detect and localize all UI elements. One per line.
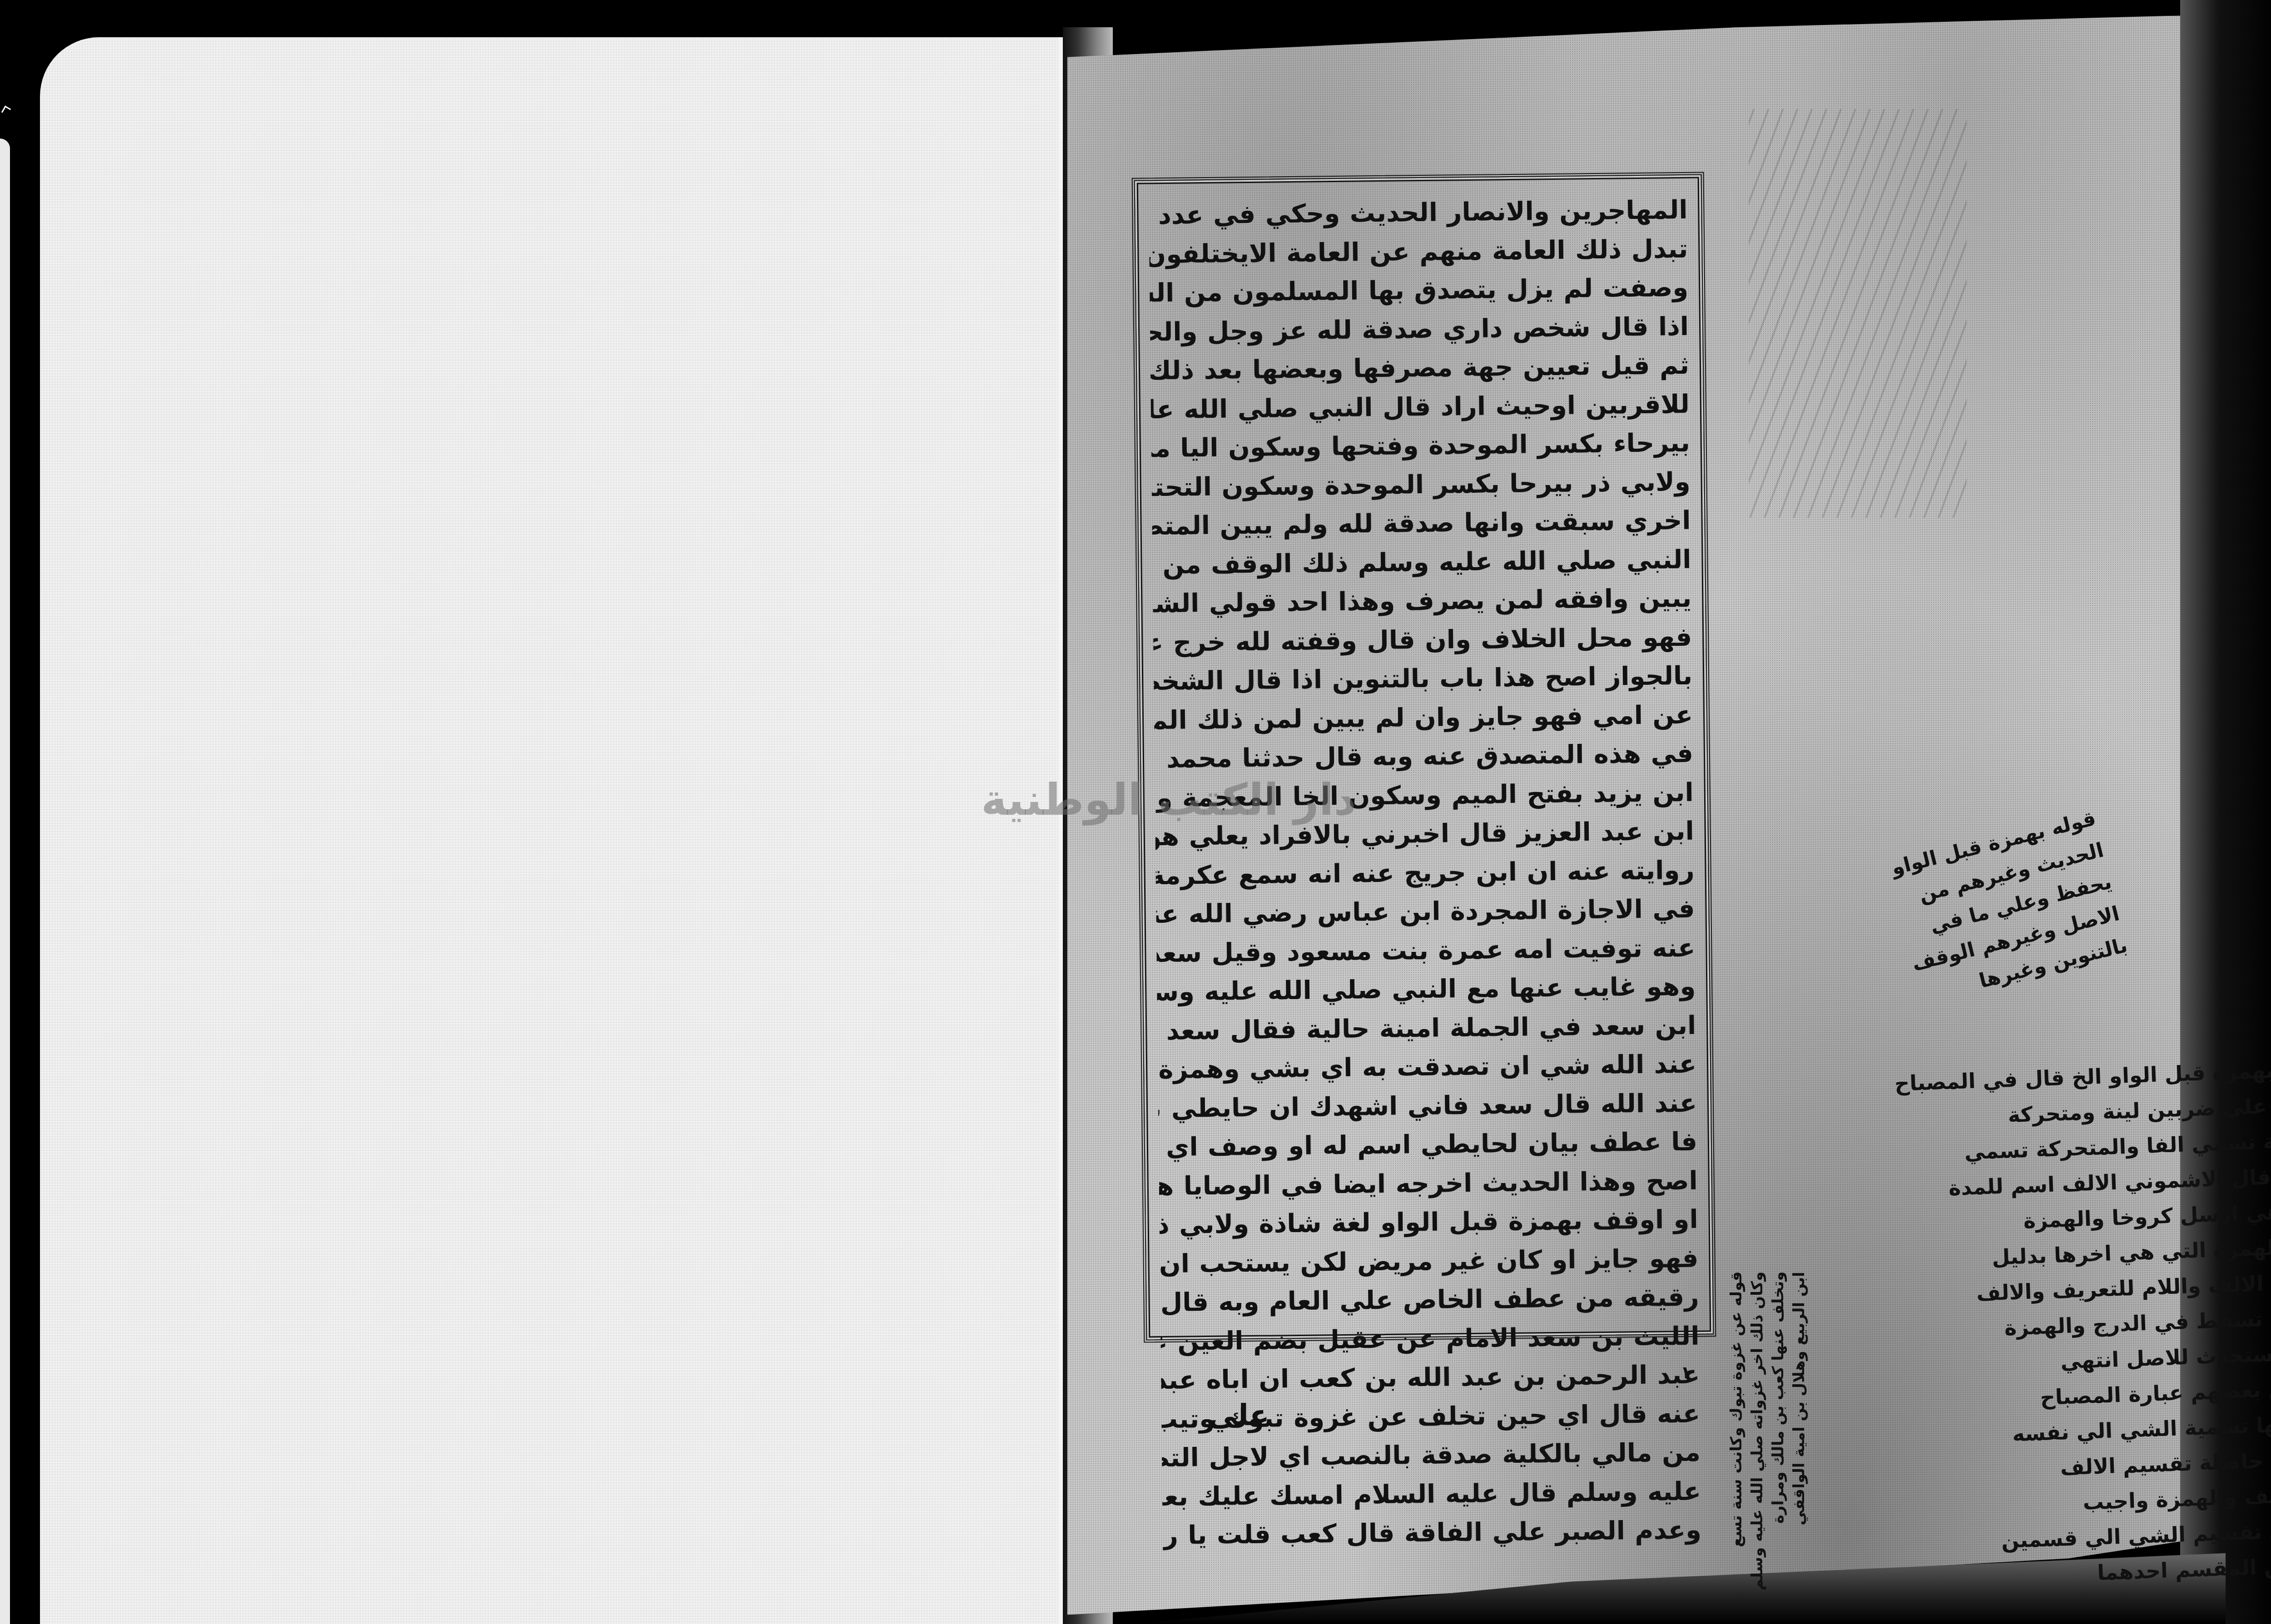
text-line: وتخلف عنها كعب بن مالك ومرارة [1768,1272,1789,1526]
text-line: عليه وسلم قال عليه السلام امسك عليك بعض … [1162,1472,1701,1516]
text-line: وعدم الصبر علي الفاقة قال كعب قلت يا رسو… [1162,1511,1701,1555]
text-line: وهو غايب عنها مع النبي صلي الله عليه وسل… [1157,967,1696,1012]
text-line: وكان ذلك اخر غزواته صلي الله عليه وسلم [1747,1272,1768,1526]
text-line: اخري سبقت وانها صدقة لله ولم يبين المتصد… [1152,501,1691,546]
text-line: اصح وهذا الحديث اخرجه ايضا في الوصايا هذ… [1159,1161,1698,1206]
scan-artifact [1,105,11,115]
main-text-frame: المهاجرين والانصار الحديث وحكي في عدد كث… [1132,172,1716,1342]
text-line: للاقربين اوحيث اراد قال النبي صلي الله ع… [1151,385,1690,429]
right-margin-note: قوله بهمزة قبل الواو الخ قال في المصباحا… [1894,1051,2271,1597]
text-line: ولابي ذر بيرحا بكسر الموحدة وسكون التحتي… [1151,462,1691,507]
text-line: يبين وافقه لمن يصرف وهذا احد قولي الشافع… [1153,579,1692,624]
left-page-edge [1058,37,1063,1624]
text-line: الليث بن سعد الامام عن عقيل بضم العين عن… [1160,1317,1700,1361]
text-line: فهو جايز او كان غير مريض لكن يستحب ان يب… [1160,1239,1699,1283]
text-line: فا عطف بيان لحايطي اسم له او وصف اي بالث… [1159,1123,1698,1167]
manuscript-spread: المهاجرين والانصار الحديث وحكي في عدد كث… [0,0,2271,1624]
text-line: ثم قيل تعيين جهة مصرفها وبعضها بعد ذلك ف… [1150,346,1690,391]
text-line: رقيقه من عطف الخاص علي العام وبه قال حدث… [1160,1278,1699,1322]
text-line: عند الله شي ان تصدقت به اي بشي وهمزة ان … [1158,1045,1697,1089]
main-text-block: المهاجرين والانصار الحديث وحكي في عدد كث… [1149,191,1701,1555]
text-line: قوله عن غزوة تبوك وكانت سنة تسع [1726,1272,1747,1526]
faint-upper-margin-note [1749,109,1967,518]
text-line: ابن الربيع وهلال بن امية الواقفي [1789,1272,1810,1526]
text-line: بالجواز اصح هذا باب بالتنوين اذا قال الش… [1154,657,1693,701]
text-line: روايته عنه ان ابن جريج عنه انه سمع عكرمة… [1155,851,1695,895]
text-line: بيرحاء بكسر الموحدة وفتحها وسكون اليا من… [1151,424,1690,468]
lower-vertical-notes: قوله عن غزوة تبوك وكانت سنة تسعوكان ذلك … [1726,1272,1810,1526]
text-line: تبدل ذلك العامة منهم عن العامة الايختلفو… [1149,229,1688,274]
catchword: علي [1208,1399,1269,1432]
text-line: ابن سعد في الجملة امينة حالية فقال سعد ي… [1157,1006,1696,1050]
text-line: عنه توفيت امه عمرة بنت مسعود وقيل سعد بن… [1156,928,1696,973]
text-line: اذا قال شخص داري صدقة لله عز وجل والحال … [1150,307,1689,352]
text-line: او اوقف بهمزة قبل الواو لغة شاذة ولابي ذ… [1159,1200,1698,1245]
text-line: في هذه المتصدق عنه وبه قال حدثنا محمد بن… [1155,734,1694,779]
text-line: في الاجازة المجردة ابن عباس رضي الله عنه… [1156,890,1695,934]
text-line: فهو محل الخلاف وان قال وقفته لله خرج عن … [1153,618,1692,662]
text-line: وصفت لم يزل يتصدق بها المسلمون من السلف … [1150,268,1689,313]
text-line: النبي صلي الله عليه وسلم ذلك الوقف من غي… [1152,540,1691,584]
library-watermark: دار الكتب الوطنية [981,774,1356,825]
text-line: عن امي فهو جايز وان لم يبين لمن ذلك المو… [1154,695,1693,740]
text-line: المهاجرين والانصار الحديث وحكي في عدد كث… [1149,191,1688,235]
text-line: عبد الرحمن بن عبد الله بن كعب ان اباه عب… [1161,1356,1700,1400]
text-line: عند الله قال سعد فاني اشهدك ان حايطي بست… [1158,1084,1697,1128]
text-line: من مالي بالكلية صدقة بالنصب اي لاجل التص… [1162,1433,1701,1478]
previous-page-edge [0,139,10,1624]
left-blank-page [40,37,1062,1624]
folio-mark: ١ [1681,1362,1691,1382]
